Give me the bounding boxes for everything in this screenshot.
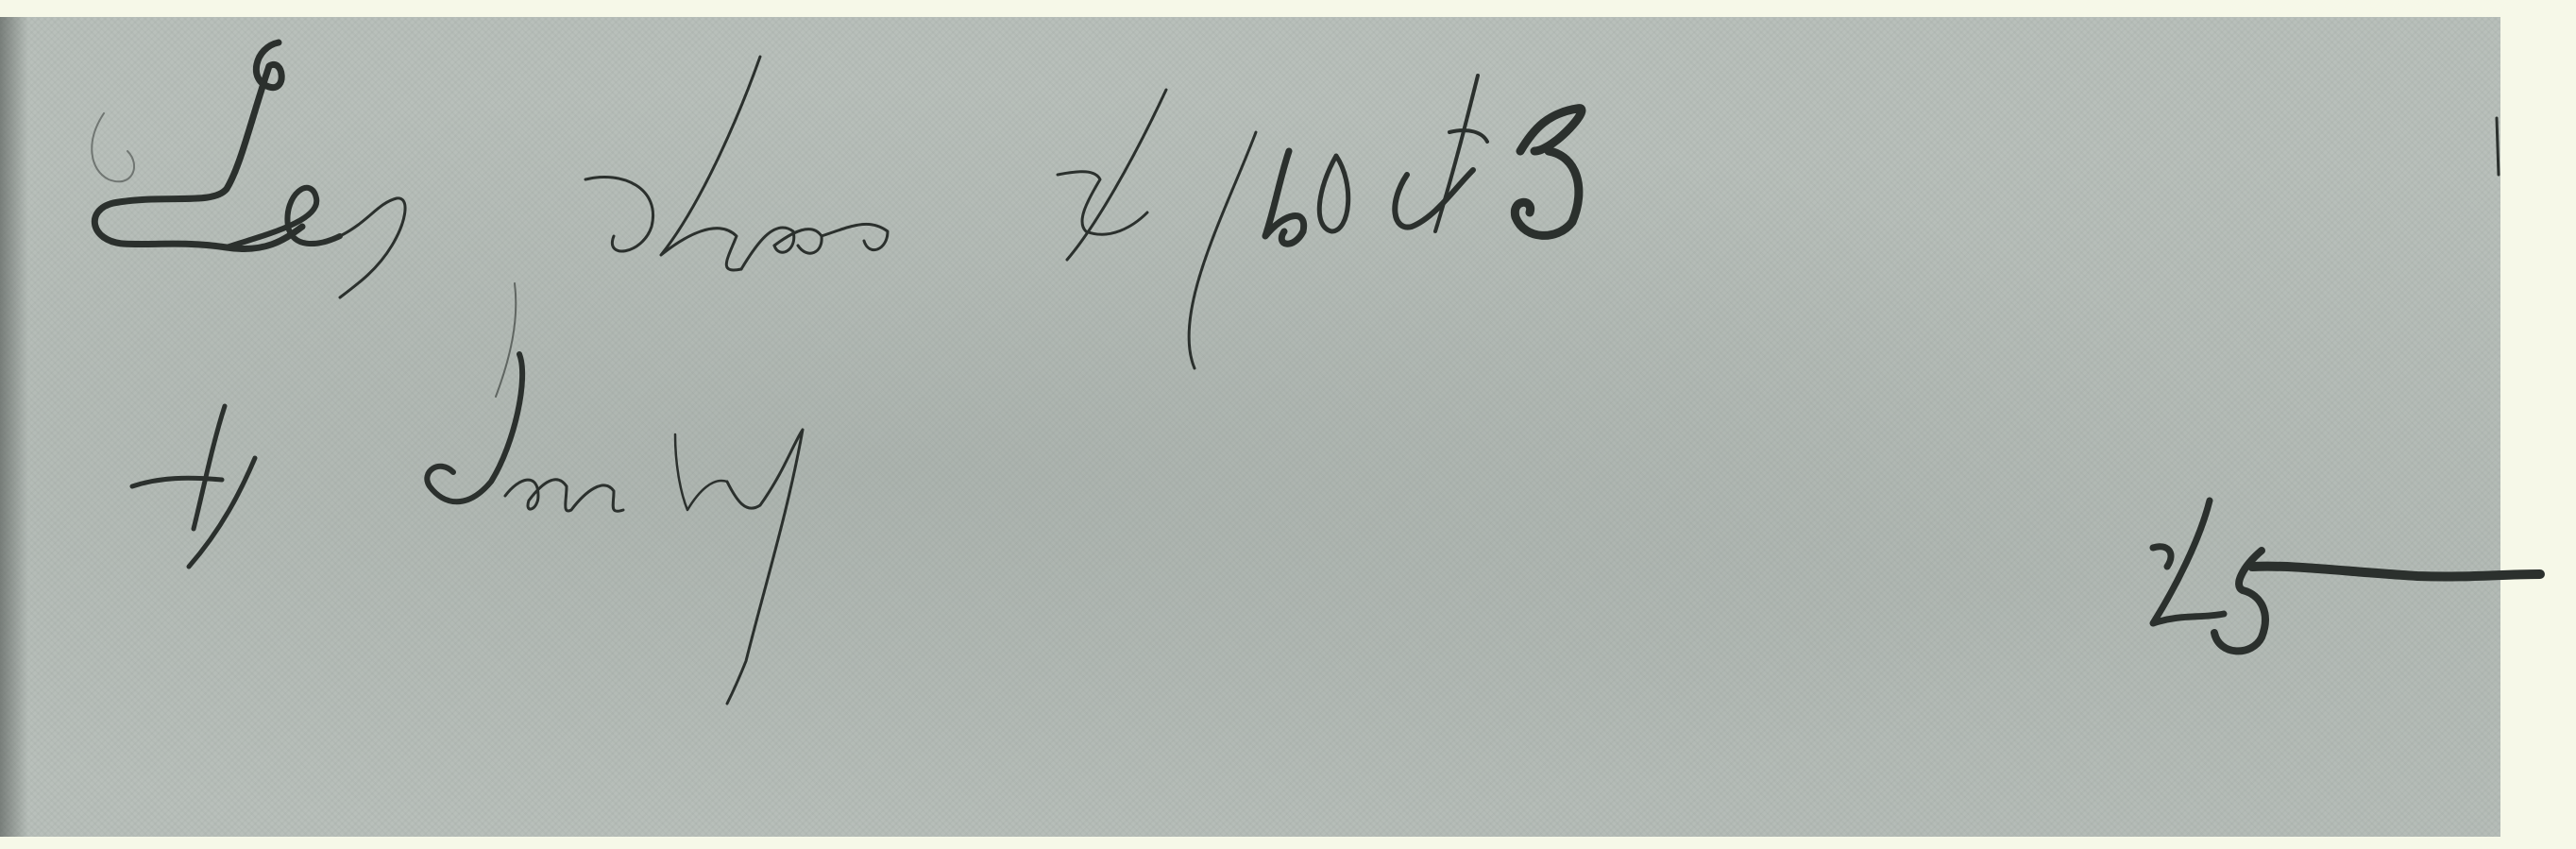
handwriting-line-3-amount (2153, 501, 2540, 651)
scan-frame: Les creek po A 3 4 Janry 25 (0, 0, 2576, 849)
handwriting-line-1 (92, 42, 2499, 397)
handwriting-strokes (0, 0, 2576, 849)
handwriting-line-2 (132, 354, 803, 704)
